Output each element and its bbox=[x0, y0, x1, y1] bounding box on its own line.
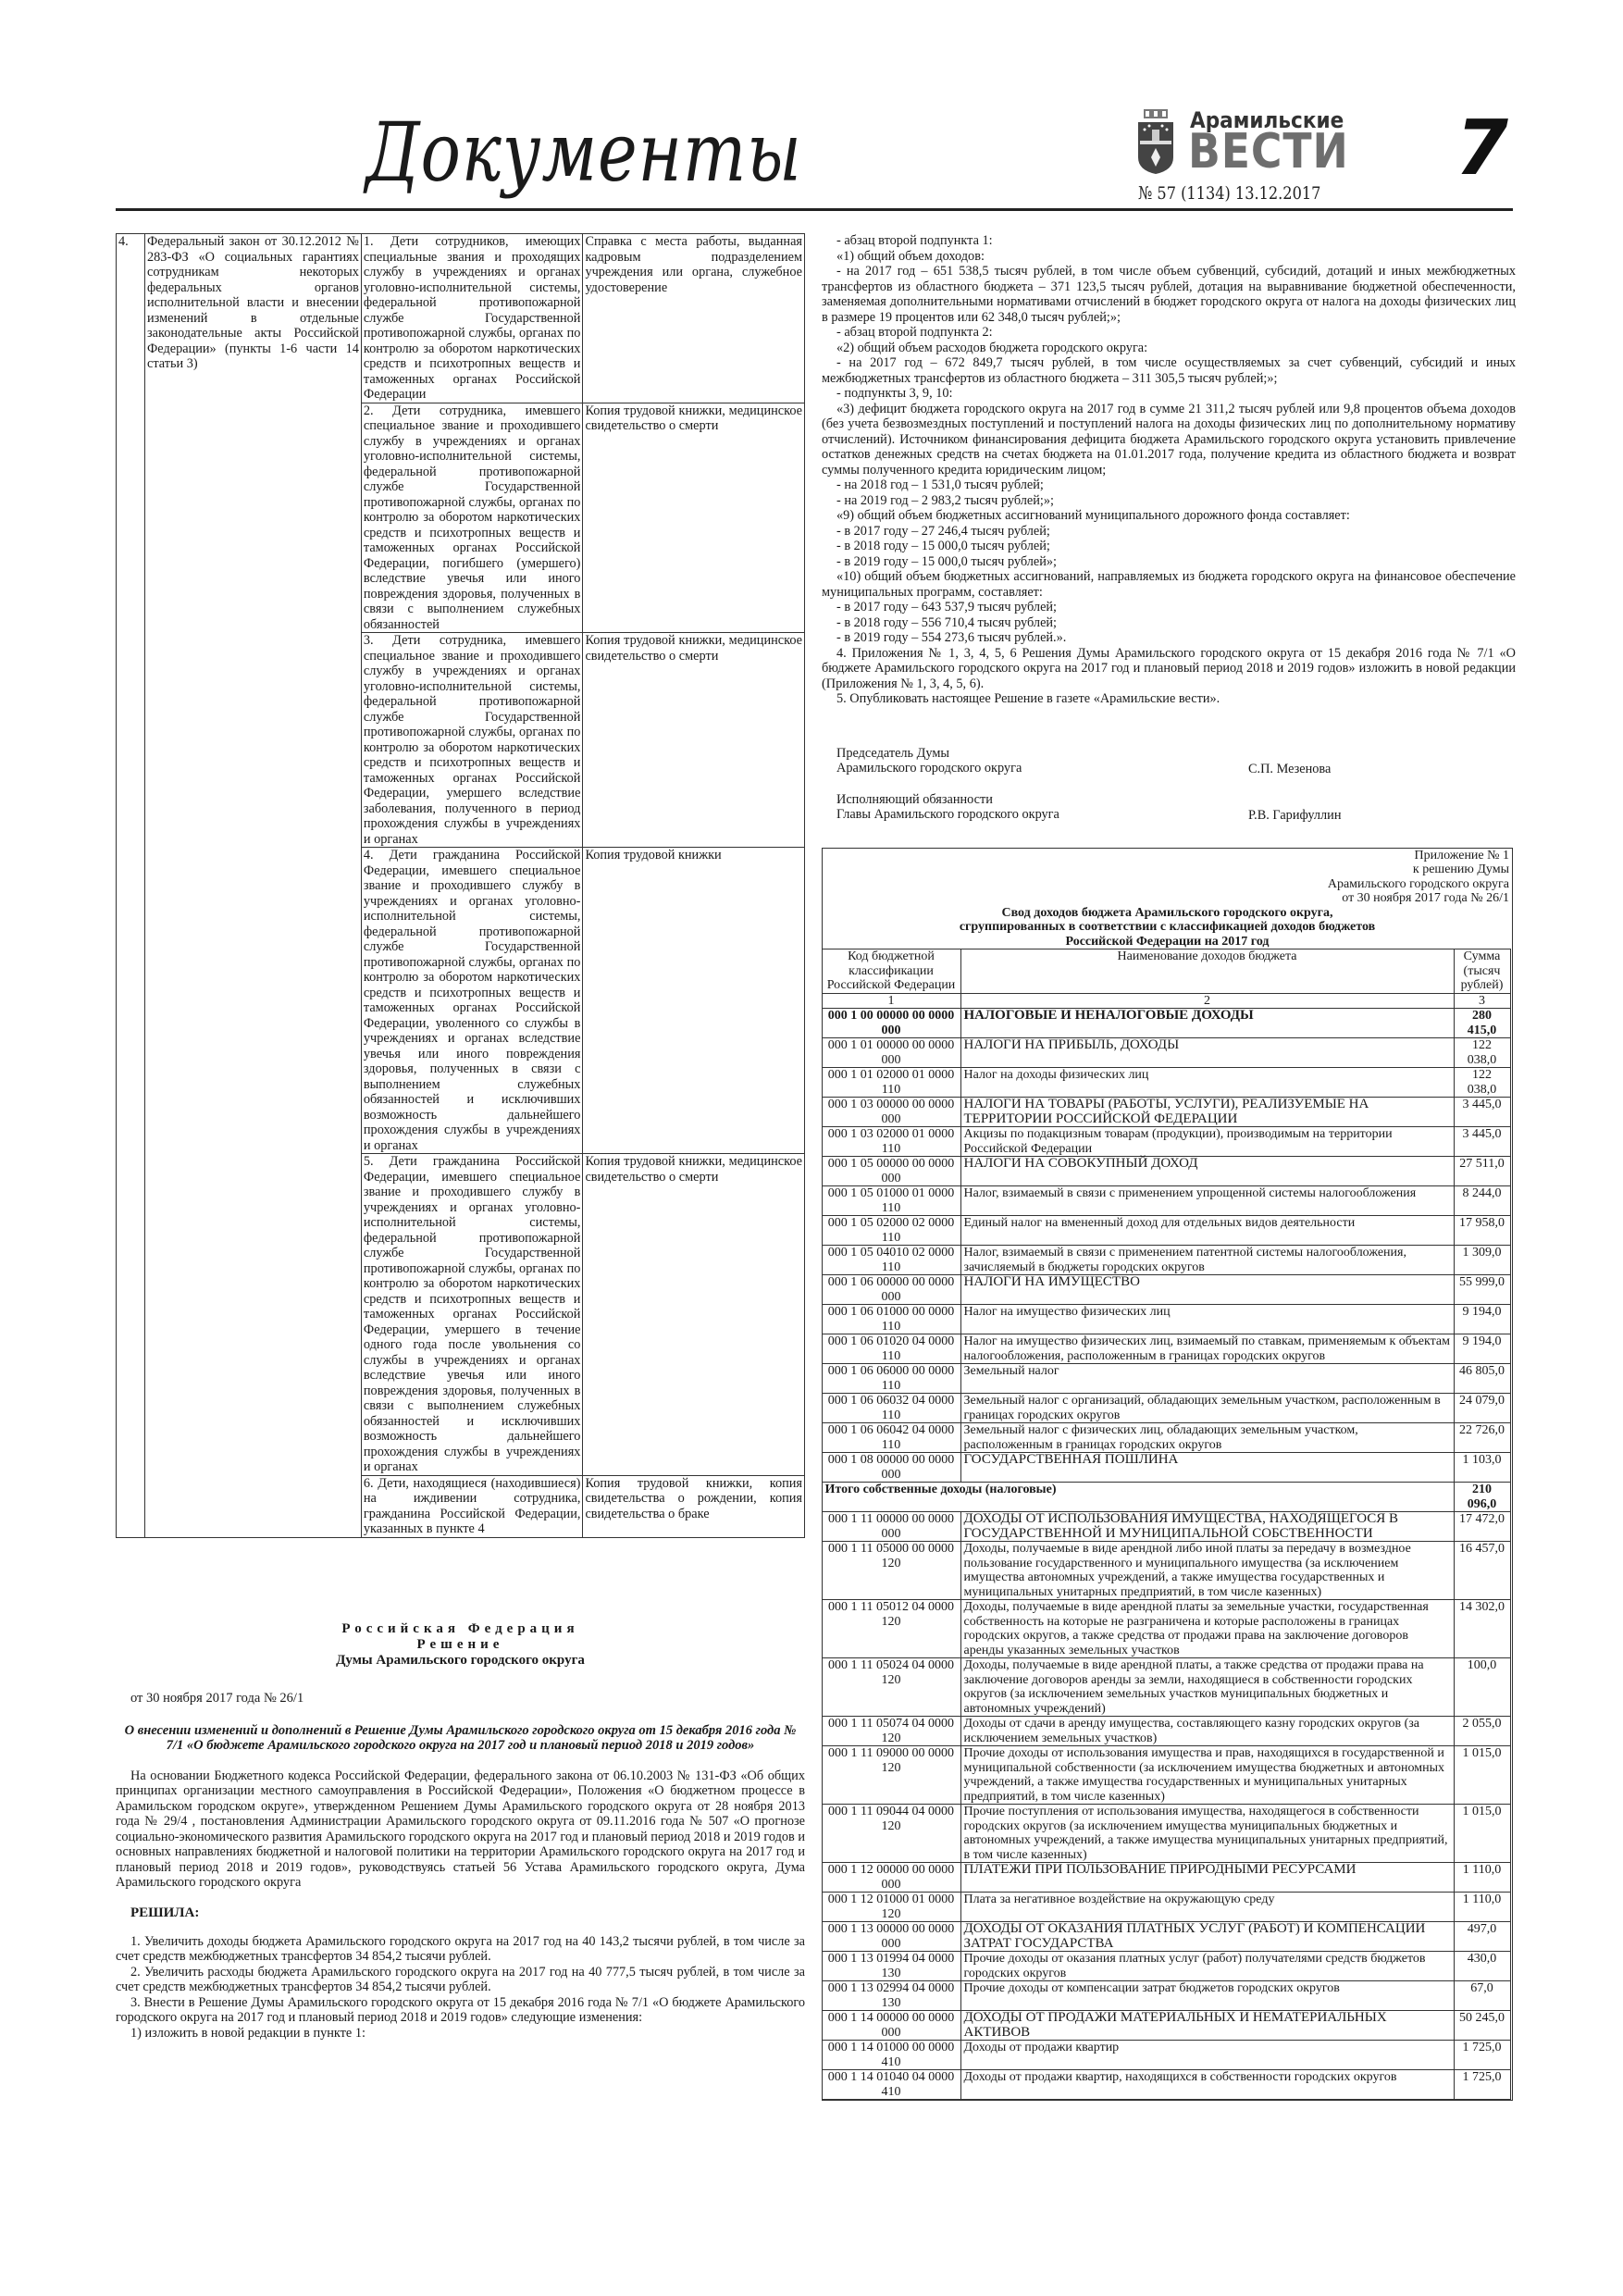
amount: 1 725,0 bbox=[1454, 2041, 1510, 2070]
signatory-title: Председатель Думы bbox=[836, 746, 1516, 762]
revenue-name: Налог на имущество физических лиц bbox=[960, 1305, 1454, 1334]
table-row: 000 1 11 09000 00 0000 120Прочие доходы … bbox=[822, 1746, 1510, 1805]
page-number: 7 bbox=[1456, 107, 1508, 191]
decision-item: «3) дефицит бюджета городского округа на… bbox=[822, 402, 1516, 478]
budget-code: 000 1 11 09044 04 0000 120 bbox=[822, 1805, 960, 1863]
budget-code: 000 1 06 06032 04 0000 110 bbox=[822, 1394, 960, 1423]
amount: 27 511,0 bbox=[1454, 1157, 1510, 1186]
table-row: 000 1 05 01000 01 0000 110Налог, взимаем… bbox=[822, 1186, 1510, 1216]
table-row: 000 1 06 06042 04 0000 110Земельный нало… bbox=[822, 1423, 1510, 1453]
table-row: 000 1 01 00000 00 0000 000НАЛОГИ НА ПРИБ… bbox=[822, 1038, 1510, 1068]
budget-code: 000 1 13 01994 04 0000 130 bbox=[822, 1952, 960, 1981]
amount: 430,0 bbox=[1454, 1952, 1510, 1981]
decision-item: - на 2019 год – 2 983,2 тысяч рублей;»; bbox=[822, 493, 1516, 509]
column-number: 2 bbox=[960, 993, 1454, 1009]
column-number: 1 bbox=[822, 993, 960, 1009]
table-row: 000 1 12 00000 00 0000 000ПЛАТЕЖИ ПРИ ПО… bbox=[822, 1863, 1510, 1893]
revenue-name: НАЛОГИ НА ИМУЩЕСТВО bbox=[960, 1275, 1454, 1305]
decision-items-right: - абзац второй подпункта 1:«1) общий объ… bbox=[822, 233, 1516, 707]
resolved-label: РЕШИЛА: bbox=[130, 1905, 805, 1921]
table-row: 000 1 11 05012 04 0000 120Доходы, получа… bbox=[822, 1600, 1510, 1658]
amount: 1 725,0 bbox=[1454, 2070, 1510, 2100]
right-column: - абзац второй подпункта 1:«1) общий объ… bbox=[822, 233, 1516, 2101]
budget-code: 000 1 03 02000 01 0000 110 bbox=[822, 1127, 960, 1157]
revenue-name: Доходы от продажи квартир, находящихся в… bbox=[960, 2070, 1454, 2100]
brand-name-big: ВЕСТИ bbox=[1188, 126, 1349, 178]
decision-item: - в 2018 году – 15 000,0 тысяч рублей; bbox=[822, 539, 1516, 554]
section-title: Документы bbox=[365, 102, 802, 204]
decision-item: 3. Внести в Решение Думы Арамильского го… bbox=[116, 1995, 805, 2026]
revenue-name: Прочие доходы от использования имущества… bbox=[960, 1746, 1454, 1805]
amount: 497,0 bbox=[1454, 1922, 1510, 1952]
table-row: 000 1 13 02994 04 0000 130Прочие доходы … bbox=[822, 1981, 1510, 2011]
decision-item: 5. Опубликовать настоящее Решение в газе… bbox=[822, 691, 1516, 707]
coat-of-arms-icon bbox=[1136, 109, 1175, 174]
signatures: Председатель ДумыАрамильского городского… bbox=[822, 746, 1516, 838]
amount: 1 110,0 bbox=[1454, 1863, 1510, 1893]
budget-code: 000 1 11 05024 04 0000 120 bbox=[822, 1658, 960, 1717]
table-row: 000 1 11 00000 00 0000 000ДОХОДЫ ОТ ИСПО… bbox=[822, 1512, 1510, 1542]
decision-title: О внесении изменений и дополнений в Реше… bbox=[116, 1723, 805, 1754]
budget-code: 000 1 11 09000 00 0000 120 bbox=[822, 1746, 960, 1805]
amount: 122 038,0 bbox=[1454, 1068, 1510, 1098]
revenue-name: Налог на доходы физических лиц bbox=[960, 1068, 1454, 1098]
amount: 1 110,0 bbox=[1454, 1893, 1510, 1922]
amount: 50 245,0 bbox=[1454, 2011, 1510, 2041]
decision-item: - абзац второй подпункта 1: bbox=[822, 233, 1516, 249]
required-documents: Копия трудовой книжки bbox=[583, 848, 805, 1154]
column-number-row: 123 bbox=[822, 993, 1510, 1009]
table-row: 000 1 03 00000 00 0000 000НАЛОГИ НА ТОВА… bbox=[822, 1098, 1510, 1127]
decision-item: - в 2018 году – 556 710,4 тысяч рублей; bbox=[822, 615, 1516, 631]
decision-item: - в 2019 году – 554 273,6 тысяч рублей.»… bbox=[822, 630, 1516, 646]
revenue-name: Доходы от сдачи в аренду имущества, сост… bbox=[960, 1717, 1454, 1746]
table-row: 000 1 14 01000 00 0000 410Доходы от прод… bbox=[822, 2041, 1510, 2070]
budget-code: 000 1 06 06042 04 0000 110 bbox=[822, 1423, 960, 1453]
law-reference: Федеральный закон от 30.12.2012 № 283-ФЗ… bbox=[145, 234, 362, 1538]
table-row: 000 1 11 05024 04 0000 120Доходы, получа… bbox=[822, 1658, 1510, 1717]
decision-item: - на 2017 год – 651 538,5 тысяч рублей, … bbox=[822, 264, 1516, 325]
issue-info: № 57 (1134) 13.12.2017 bbox=[1138, 183, 1320, 204]
budget-code: 000 1 03 00000 00 0000 000 bbox=[822, 1098, 960, 1127]
budget-code: 000 1 00 00000 00 0000 000 bbox=[822, 1009, 960, 1038]
table-row: 000 1 06 01000 00 0000 110Налог на имуще… bbox=[822, 1305, 1510, 1334]
revenue-name: Плата за негативное воздействие на окруж… bbox=[960, 1893, 1454, 1922]
revenue-name: ПЛАТЕЖИ ПРИ ПОЛЬЗОВАНИЕ ПРИРОДНЫМИ РЕСУР… bbox=[960, 1863, 1454, 1893]
spacer bbox=[822, 777, 1516, 792]
decision-item: «10) общий объем бюджетных ассигнований,… bbox=[822, 569, 1516, 600]
amount: 1 309,0 bbox=[1454, 1246, 1510, 1275]
table-row: 000 1 11 09044 04 0000 120Прочие поступл… bbox=[822, 1805, 1510, 1863]
amount: 3 445,0 bbox=[1454, 1098, 1510, 1127]
table-row: 4.Федеральный закон от 30.12.2012 № 283-… bbox=[117, 234, 805, 403]
row-number: 4. bbox=[117, 234, 145, 1538]
table-row: 000 1 00 00000 00 0000 000НАЛОГОВЫЕ И НЕ… bbox=[822, 1009, 1510, 1038]
amount: 9 194,0 bbox=[1454, 1334, 1510, 1364]
signatory-name: Р.В. Гарифуллин bbox=[1248, 808, 1341, 824]
table-row: 000 1 14 01040 04 0000 410Доходы от прод… bbox=[822, 2070, 1510, 2100]
decision-item: - в 2017 году – 27 246,4 тысяч рублей; bbox=[822, 524, 1516, 540]
revenue-name: Единый налог на вмененный доход для отде… bbox=[960, 1216, 1454, 1246]
budget-code: 000 1 01 00000 00 0000 000 bbox=[822, 1038, 960, 1068]
budget-code: 000 1 14 01000 00 0000 410 bbox=[822, 2041, 960, 2070]
table-row: 000 1 12 01000 01 0000 120Плата за негат… bbox=[822, 1893, 1510, 1922]
amount: 1 015,0 bbox=[1454, 1805, 1510, 1863]
subtotal-label: Итого собственные доходы (налоговые) bbox=[822, 1483, 1454, 1512]
decision-item: 1. Увеличить доходы бюджета Арамильского… bbox=[116, 1934, 805, 1965]
budget-code: 000 1 11 05000 00 0000 120 bbox=[822, 1542, 960, 1600]
table-row: 000 1 03 02000 01 0000 110Акцизы по пода… bbox=[822, 1127, 1510, 1157]
revenue-name: Налог, взимаемый в связи с применением п… bbox=[960, 1246, 1454, 1275]
decision-item: «2) общий объем расходов бюджета городск… bbox=[822, 341, 1516, 356]
amount: 1 015,0 bbox=[1454, 1746, 1510, 1805]
budget-code: 000 1 13 00000 00 0000 000 bbox=[822, 1922, 960, 1952]
annex-reference: Приложение № 1 к решению Думы Арамильско… bbox=[823, 849, 1512, 906]
decision-item: - на 2017 год – 672 849,7 тысяч рублей, … bbox=[822, 355, 1516, 386]
budget-code: 000 1 05 04010 02 0000 110 bbox=[822, 1246, 960, 1275]
amount: 17 958,0 bbox=[1454, 1216, 1510, 1246]
decision-header-country: Российская Федерация bbox=[116, 1621, 805, 1637]
decision-item: - в 2019 году – 15 000,0 тысяч рублей»; bbox=[822, 554, 1516, 570]
column-header: Код бюджетной классификации Российской Ф… bbox=[822, 949, 960, 994]
revenue-name: Прочие доходы от компенсации затрат бюдж… bbox=[960, 1981, 1454, 2011]
signature-block: Председатель ДумыАрамильского городского… bbox=[836, 746, 1516, 777]
amount: 14 302,0 bbox=[1454, 1600, 1510, 1658]
decision-item: - абзац второй подпункта 2: bbox=[822, 325, 1516, 341]
table-row: 000 1 06 06000 00 0000 110Земельный нало… bbox=[822, 1364, 1510, 1394]
amount: 46 805,0 bbox=[1454, 1364, 1510, 1394]
amount: 24 079,0 bbox=[1454, 1394, 1510, 1423]
beneficiary-category: 6. Дети, находящиеся (находившиеся) на и… bbox=[361, 1475, 583, 1537]
left-column: 4.Федеральный закон от 30.12.2012 № 283-… bbox=[116, 233, 805, 2041]
beneficiary-category: 4. Дети гражданина Российской Федерации,… bbox=[361, 848, 583, 1154]
amount: 210 096,0 bbox=[1454, 1483, 1510, 1512]
revenue-table: Код бюджетной классификации Российской Ф… bbox=[822, 949, 1511, 2100]
signatory-title: Арамильского городского округа bbox=[836, 761, 1516, 776]
budget-code: 000 1 06 00000 00 0000 000 bbox=[822, 1275, 960, 1305]
revenue-name: ДОХОДЫ ОТ ИСПОЛЬЗОВАНИЯ ИМУЩЕСТВА, НАХОД… bbox=[960, 1512, 1454, 1542]
table-row: 000 1 11 05000 00 0000 120Доходы, получа… bbox=[822, 1542, 1510, 1600]
budget-code: 000 1 14 00000 00 0000 000 bbox=[822, 2011, 960, 2041]
budget-code: 000 1 06 01020 04 0000 110 bbox=[822, 1334, 960, 1364]
signature-block: Исполняющий обязанностиГлавы Арамильског… bbox=[836, 792, 1516, 824]
budget-code: 000 1 11 05012 04 0000 120 bbox=[822, 1600, 960, 1658]
revenue-name: ГОСУДАРСТВЕННАЯ ПОШЛИНА bbox=[960, 1453, 1454, 1483]
table-row: 000 1 05 04010 02 0000 110Налог, взимаем… bbox=[822, 1246, 1510, 1275]
decision-header-body: Думы Арамильского городского округа bbox=[116, 1653, 805, 1669]
revenue-name: НАЛОГИ НА СОВОКУПНЫЙ ДОХОД bbox=[960, 1157, 1454, 1186]
spacer bbox=[822, 824, 1516, 838]
budget-code: 000 1 12 01000 01 0000 120 bbox=[822, 1893, 960, 1922]
amount: 17 472,0 bbox=[1454, 1512, 1510, 1542]
newspaper-logo: Арамильские ВЕСТИ № 57 (1134) 13.12.2017 bbox=[1136, 102, 1451, 204]
required-documents: Копия трудовой книжки, медицинское свиде… bbox=[583, 403, 805, 633]
revenue-name: Прочие поступления от использования имущ… bbox=[960, 1805, 1454, 1863]
table-row: Итого собственные доходы (налоговые)210 … bbox=[822, 1483, 1510, 1512]
budget-code: 000 1 05 00000 00 0000 000 bbox=[822, 1157, 960, 1186]
revenue-name: Прочие доходы от оказания платных услуг … bbox=[960, 1952, 1454, 1981]
revenue-name: НАЛОГИ НА ТОВАРЫ (РАБОТЫ, УСЛУГИ), РЕАЛИ… bbox=[960, 1098, 1454, 1127]
table-row: 000 1 05 02000 02 0000 110Единый налог н… bbox=[822, 1216, 1510, 1246]
table-row: 000 1 13 01994 04 0000 130Прочие доходы … bbox=[822, 1952, 1510, 1981]
budget-code: 000 1 14 01040 04 0000 410 bbox=[822, 2070, 960, 2100]
decision-item: - подпункты 3, 9, 10: bbox=[822, 386, 1516, 402]
column-header: Наименование доходов бюджета bbox=[960, 949, 1454, 994]
amount: 16 457,0 bbox=[1454, 1542, 1510, 1600]
budget-code: 000 1 11 05074 04 0000 120 bbox=[822, 1717, 960, 1746]
decision-header-type: Решение bbox=[116, 1637, 805, 1653]
budget-code: 000 1 01 02000 01 0000 110 bbox=[822, 1068, 960, 1098]
revenue-name: ДОХОДЫ ОТ ОКАЗАНИЯ ПЛАТНЫХ УСЛУГ (РАБОТ)… bbox=[960, 1922, 1454, 1952]
required-documents: Копия трудовой книжки, медицинское свиде… bbox=[583, 633, 805, 848]
beneficiary-category: 1. Дети сотрудников, имеющих специальные… bbox=[361, 234, 583, 403]
revenue-name: НАЛОГИ НА ПРИБЫЛЬ, ДОХОДЫ bbox=[960, 1038, 1454, 1068]
table-row: 000 1 05 00000 00 0000 000НАЛОГИ НА СОВО… bbox=[822, 1157, 1510, 1186]
decision-item: - на 2018 год – 1 531,0 тысяч рублей; bbox=[822, 478, 1516, 493]
revenue-name: Земельный налог bbox=[960, 1364, 1454, 1394]
table-row: 000 1 06 01020 04 0000 110Налог на имуще… bbox=[822, 1334, 1510, 1364]
budget-code: 000 1 06 01000 00 0000 110 bbox=[822, 1305, 960, 1334]
revenue-name: НАЛОГОВЫЕ И НЕНАЛОГОВЫЕ ДОХОДЫ bbox=[960, 1009, 1454, 1038]
revenue-name: Доходы, получаемые в виде арендной платы… bbox=[960, 1658, 1454, 1717]
beneficiary-category: 3. Дети сотрудника, имевшего специальное… bbox=[361, 633, 583, 848]
amount: 55 999,0 bbox=[1454, 1275, 1510, 1305]
annex-title: Свод доходов бюджета Арамильского городс… bbox=[823, 906, 1512, 949]
budget-code: 000 1 08 00000 00 0000 000 bbox=[822, 1453, 960, 1483]
table-row: 000 1 11 05074 04 0000 120Доходы от сдач… bbox=[822, 1717, 1510, 1746]
required-documents: Копия трудовой книжки, медицинское свиде… bbox=[583, 1154, 805, 1476]
table-row: 000 1 01 02000 01 0000 110Налог на доход… bbox=[822, 1068, 1510, 1098]
revenue-name: ДОХОДЫ ОТ ПРОДАЖИ МАТЕРИАЛЬНЫХ И НЕМАТЕР… bbox=[960, 2011, 1454, 2041]
budget-code: 000 1 13 02994 04 0000 130 bbox=[822, 1981, 960, 2011]
revenue-name: Земельный налог с физических лиц, облада… bbox=[960, 1423, 1454, 1453]
amount: 9 194,0 bbox=[1454, 1305, 1510, 1334]
decision-preamble: На основании Бюджетного кодекса Российск… bbox=[116, 1769, 805, 1891]
amount: 3 445,0 bbox=[1454, 1127, 1510, 1157]
budget-code: 000 1 12 00000 00 0000 000 bbox=[822, 1863, 960, 1893]
decision-item: - в 2017 году – 643 537,9 тысяч рублей; bbox=[822, 600, 1516, 615]
signatory-name: С.П. Мезенова bbox=[1248, 762, 1331, 777]
table-header-row: Код бюджетной классификации Российской Ф… bbox=[822, 949, 1510, 994]
beneficiary-category: 5. Дети гражданина Российской Федерации,… bbox=[361, 1154, 583, 1476]
amount: 2 055,0 bbox=[1454, 1717, 1510, 1746]
annex-1: Приложение № 1 к решению Думы Арамильско… bbox=[822, 848, 1513, 2102]
table-row: 000 1 06 06032 04 0000 110Земельный нало… bbox=[822, 1394, 1510, 1423]
table-row: 000 1 14 00000 00 0000 000ДОХОДЫ ОТ ПРОД… bbox=[822, 2011, 1510, 2041]
decision-item: 4. Приложения № 1, 3, 4, 5, 6 Решения Ду… bbox=[822, 646, 1516, 692]
amount: 22 726,0 bbox=[1454, 1423, 1510, 1453]
decision-date: от 30 ноября 2017 года № 26/1 bbox=[130, 1691, 805, 1706]
decision-header: Российская Федерация Решение Думы Арамил… bbox=[116, 1621, 805, 1669]
amount: 67,0 bbox=[1454, 1981, 1510, 2011]
revenue-name: Налог, взимаемый в связи с применением у… bbox=[960, 1186, 1454, 1216]
revenue-name: Доходы от продажи квартир bbox=[960, 2041, 1454, 2070]
revenue-name: Земельный налог с организаций, обладающи… bbox=[960, 1394, 1454, 1423]
revenue-name: Доходы, получаемые в виде арендной платы… bbox=[960, 1600, 1454, 1658]
amount: 100,0 bbox=[1454, 1658, 1510, 1717]
budget-code: 000 1 06 06000 00 0000 110 bbox=[822, 1364, 960, 1394]
revenue-name: Налог на имущество физических лиц, взима… bbox=[960, 1334, 1454, 1364]
required-documents: Копия трудовой книжки, копия свидетельст… bbox=[583, 1475, 805, 1537]
decision-items-left: 1. Увеличить доходы бюджета Арамильского… bbox=[116, 1934, 805, 2042]
budget-code: 000 1 11 00000 00 0000 000 bbox=[822, 1512, 960, 1542]
column-number: 3 bbox=[1454, 993, 1510, 1009]
budget-code: 000 1 05 02000 02 0000 110 bbox=[822, 1216, 960, 1246]
decision-item: 1) изложить в новой редакции в пункте 1: bbox=[116, 2026, 805, 2042]
beneficiary-category: 2. Дети сотрудника, имевшего специальное… bbox=[361, 403, 583, 633]
decision-item: «1) общий объем доходов: bbox=[822, 249, 1516, 265]
column-header: Сумма (тысяч рублей) bbox=[1454, 949, 1510, 994]
revenue-name: Доходы, получаемые в виде арендной либо … bbox=[960, 1542, 1454, 1600]
amount: 122 038,0 bbox=[1454, 1038, 1510, 1068]
required-documents: Справка с места работы, выданная кадровы… bbox=[583, 234, 805, 403]
signatory-title: Главы Арамильского городского округа bbox=[836, 807, 1516, 823]
benefits-table: 4.Федеральный закон от 30.12.2012 № 283-… bbox=[116, 233, 805, 1538]
table-row: 000 1 08 00000 00 0000 000ГОСУДАРСТВЕННА… bbox=[822, 1453, 1510, 1483]
revenue-name: Акцизы по подакцизным товарам (продукции… bbox=[960, 1127, 1454, 1157]
budget-code: 000 1 05 01000 01 0000 110 bbox=[822, 1186, 960, 1216]
header-rule bbox=[116, 208, 1513, 211]
table-row: 000 1 06 00000 00 0000 000НАЛОГИ НА ИМУЩ… bbox=[822, 1275, 1510, 1305]
signatory-title: Исполняющий обязанности bbox=[836, 792, 1516, 808]
amount: 8 244,0 bbox=[1454, 1186, 1510, 1216]
table-row: 000 1 13 00000 00 0000 000ДОХОДЫ ОТ ОКАЗ… bbox=[822, 1922, 1510, 1952]
amount: 1 103,0 bbox=[1454, 1453, 1510, 1483]
amount: 280 415,0 bbox=[1454, 1009, 1510, 1038]
decision-item: «9) общий объем бюджетных ассигнований м… bbox=[822, 508, 1516, 524]
masthead: Документы Арамильские ВЕСТИ № 57 (1134) … bbox=[116, 102, 1513, 208]
decision-item: 2. Увеличить расходы бюджета Арамильског… bbox=[116, 1965, 805, 1995]
